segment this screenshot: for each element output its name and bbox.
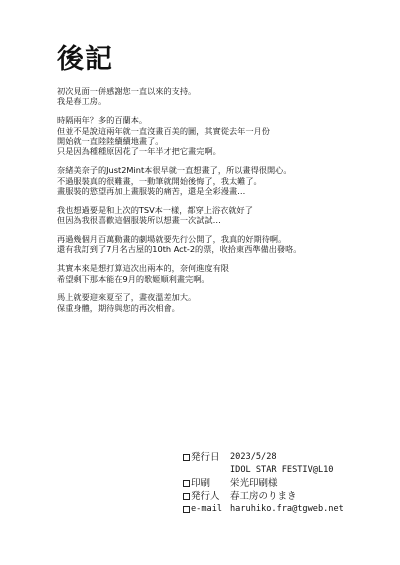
text-line: 其實本來是想打算這次出兩本的，奈何進度有限	[57, 263, 357, 273]
text-line: 但並不是說這兩年就一直沒畫百美的圖，其實從去年一月份	[57, 126, 357, 136]
checkbox-square-icon	[183, 506, 190, 513]
colophon-row-email: e-mail haruhiko.fra@tgweb.net	[183, 503, 344, 516]
text-line: 我也想過要是和上次的TSV本一樣，都穿上浴衣就好了	[57, 205, 357, 215]
text-line: 馬上就要迎來夏至了，晝夜溫差加大。	[57, 292, 357, 302]
colophon: 発行日 2023/5/28 IDOL STAR FESTIV@L10 印刷 栄光…	[183, 451, 344, 516]
checkbox-square-icon	[183, 493, 190, 500]
colophon-value: 栄光印刷様	[230, 477, 278, 490]
paragraph-plans: 其實本來是想打算這次出兩本的，奈何進度有限 希望剩下那本能在9月的歌姬順利畫完啊…	[57, 263, 357, 284]
paragraph-two-years: 時隔兩年？多的百蘭本。 但並不是說這兩年就一直沒畫百美的圖，其實從去年一月份 開…	[57, 115, 357, 157]
colophon-label: 印刷	[191, 477, 210, 490]
text-line: 只是因為種種原因花了一年半才把它畫完啊。	[57, 146, 357, 156]
colophon-label: 発行日	[191, 451, 220, 464]
text-line: 初次見面一併感謝您一直以來的支持。	[57, 86, 357, 96]
colophon-row-publisher: 発行人 春工房のりまき	[183, 490, 344, 503]
text-line: 不過服裝真的很難畫，一動筆就開始後悔了，我太難了。	[57, 176, 357, 186]
colophon-row-printer: 印刷 栄光印刷様	[183, 477, 344, 490]
text-line: 希望剩下那本能在9月的歌姬順利畫完啊。	[57, 274, 357, 284]
paragraph-just2mint: 奈緒美奈子的Just2Mint本很早就一直想畫了，所以畫得很開心。 不過服裝真的…	[57, 165, 357, 196]
text-line: 保重身體，期待與您的再次相會。	[57, 303, 357, 313]
paragraph-yukata: 我也想過要是和上次的TSV本一樣，都穿上浴衣就好了 但因為我很喜歡這個服裝所以想…	[57, 205, 357, 226]
colophon-row-event: IDOL STAR FESTIV@L10	[183, 464, 344, 477]
colophon-value: 春工房のりまき	[230, 490, 297, 503]
text-line: 我是春工房。	[57, 96, 357, 106]
colophon-label: e-mail	[191, 503, 222, 516]
colophon-label: 発行人	[191, 490, 220, 503]
text-line: 時隔兩年？多的百蘭本。	[57, 115, 357, 125]
text-line: 再過幾個月百萬動畫的劇場就要先行公開了，我真的好期待啊。	[57, 234, 357, 244]
text-line: 奈緒美奈子的Just2Mint本很早就一直想畫了，所以畫得很開心。	[57, 165, 357, 175]
text-line: 但因為我很喜歡這個服裝所以想畫一次試試…	[57, 215, 357, 225]
text-line: 畫服裝的慾望再加上畫服裝的痛苦，還是全彩漫畫…	[57, 186, 357, 196]
email-link[interactable]: haruhiko.fra@tgweb.net	[230, 503, 344, 516]
afterword-body: 初次見面一併感謝您一直以來的支持。 我是春工房。 時隔兩年？多的百蘭本。 但並不…	[57, 86, 357, 322]
colophon-row-date: 発行日 2023/5/28	[183, 451, 344, 464]
paragraph-greeting: 初次見面一併感謝您一直以來的支持。 我是春工房。	[57, 86, 357, 107]
page-title: 後記	[57, 44, 113, 76]
paragraph-closing: 馬上就要迎來夏至了，晝夜溫差加大。 保重身體，期待與您的再次相會。	[57, 292, 357, 313]
text-line: 還有我訂到了7月名古屋的10th Act-2的票，收拾東西準備出發咯。	[57, 244, 357, 254]
colophon-value: 2023/5/28	[230, 451, 277, 464]
checkbox-square-icon	[183, 480, 190, 487]
checkbox-square-icon	[183, 454, 190, 461]
colophon-value: IDOL STAR FESTIV@L10	[230, 464, 333, 477]
text-line: 開始就一直陸陸續續地畫了。	[57, 136, 357, 146]
paragraph-anime: 再過幾個月百萬動畫的劇場就要先行公開了，我真的好期待啊。 還有我訂到了7月名古屋…	[57, 234, 357, 255]
